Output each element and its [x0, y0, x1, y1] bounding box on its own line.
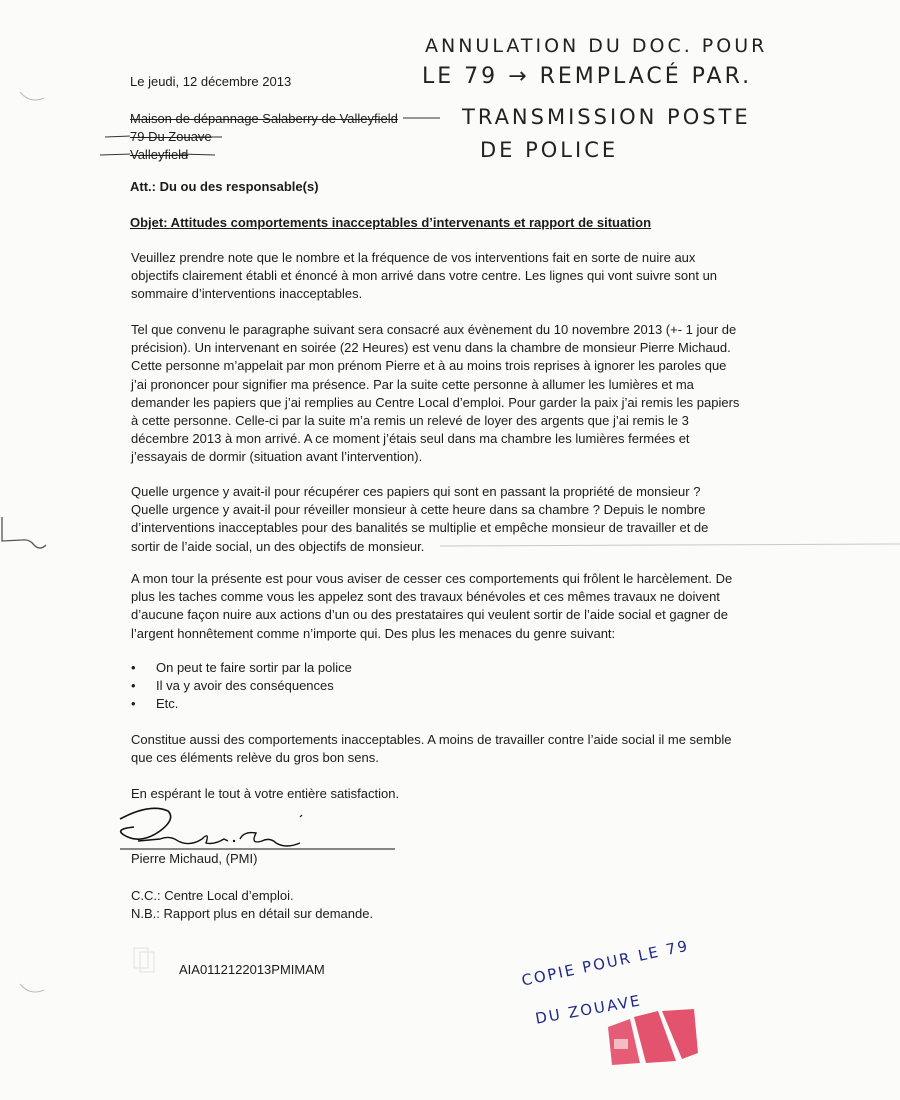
paragraph-3: Quelle urgence y avait-il pour récupérer…	[131, 483, 771, 556]
margin-mark-bottom	[18, 980, 48, 1000]
document-icon	[132, 946, 158, 974]
paragraph-line: l’argent honnêtement comme n’importe qui…	[131, 625, 771, 643]
paragraph-line: Quelle urgence y avait-il pour réveiller…	[131, 501, 771, 519]
attention-line: Att.: Du ou des responsable(s)	[130, 178, 319, 196]
paragraph-line: d’aucune façon nuire aux actions d’un ou…	[131, 606, 771, 624]
strike-extension-lines	[100, 110, 460, 160]
bullet-item: •Il va y avoir des conséquences	[131, 677, 334, 695]
paragraph-line: Quelle urgence y avait-il pour récupérer…	[131, 483, 771, 501]
paragraph-line: objectifs clairement établi et énoncé à …	[131, 267, 771, 285]
bullet-text: Etc.	[156, 696, 178, 711]
bullet-glyph: •	[131, 695, 156, 713]
bullet-glyph: •	[131, 659, 156, 677]
paragraph-line: à cette personne. Celle-ci par la suite …	[131, 412, 771, 430]
paragraph-4: A mon tour la présente est pour vous avi…	[131, 570, 771, 643]
paragraph-line: plus les taches comme vous les appelez s…	[131, 588, 771, 606]
paragraph-line: précision). Un intervenant en soirée (22…	[131, 339, 771, 357]
nb-line: N.B.: Rapport plus en détail sur demande…	[131, 905, 373, 923]
reference-code: AIA0112122013PMIMAM	[179, 961, 325, 979]
margin-mark-top	[18, 88, 48, 108]
paragraph-line: j’ai prononcer pour signifier ma présenc…	[131, 376, 771, 394]
scanned-letter-page: Le jeudi, 12 décembre 2013 Maison de dép…	[0, 0, 900, 1100]
closing-salutation: En espérant le tout à votre entière sati…	[131, 785, 399, 803]
paragraph-line: Veuillez prendre note que le nombre et l…	[131, 249, 771, 267]
paragraph-line: que ces éléments relève du gros bon sens…	[131, 749, 771, 767]
handwritten-note-line-1: ANNULATION DU DOC. POUR	[425, 35, 767, 57]
margin-bracket-mark	[0, 515, 130, 555]
paragraph-line: d’interventions inacceptables pour des b…	[131, 519, 771, 537]
bullet-text: Il va y avoir des conséquences	[156, 678, 334, 693]
paragraph-line: Tel que convenu le paragraphe suivant se…	[131, 321, 771, 339]
bullet-item: •On peut te faire sortir par la police	[131, 659, 352, 677]
paragraph-line: A mon tour la présente est pour vous avi…	[131, 570, 771, 588]
bullet-glyph: •	[131, 677, 156, 695]
subject-line: Objet: Attitudes comportements inaccepta…	[130, 214, 651, 232]
cc-line: C.C.: Centre Local d’emploi.	[131, 887, 294, 905]
paragraph-line: j’essayais de dormir (situation avant l’…	[131, 448, 771, 466]
paragraph-2: Tel que convenu le paragraphe suivant se…	[131, 321, 771, 467]
paragraph-line: sortir de l’aide social, un des objectif…	[131, 538, 771, 556]
paragraph-line: Cette personne m’appelait par mon prénom…	[131, 357, 771, 375]
paragraph-line: demander les papiers que j’ai remplies a…	[131, 394, 771, 412]
signature-name: Pierre Michaud, (PMI)	[131, 850, 257, 868]
bullet-item: •Etc.	[131, 695, 178, 713]
paragraph-line: décembre 2013 à mon arrivé. A ce moment …	[131, 430, 771, 448]
letter-date: Le jeudi, 12 décembre 2013	[130, 73, 291, 91]
paragraph-line: Constitue aussi des comportements inacce…	[131, 731, 771, 749]
bullet-text: On peut te faire sortir par la police	[156, 660, 352, 675]
closing-paragraph: Constitue aussi des comportements inacce…	[131, 731, 771, 767]
red-ink-stamp	[600, 1005, 710, 1070]
handwritten-copy-note-line-1: COPIE POUR LE 79	[520, 937, 691, 990]
handwritten-note-line-3: TRANSMISSION POSTE	[462, 105, 751, 129]
handwritten-note-line-2: LE 79 → REMPLACÉ PAR.	[422, 64, 752, 89]
signature-scribble	[110, 805, 410, 855]
handwritten-note-line-4: DE POLICE	[480, 138, 618, 162]
paragraph-line: sommaire d’interventions inacceptables.	[131, 285, 771, 303]
paragraph-1: Veuillez prendre note que le nombre et l…	[131, 249, 771, 304]
